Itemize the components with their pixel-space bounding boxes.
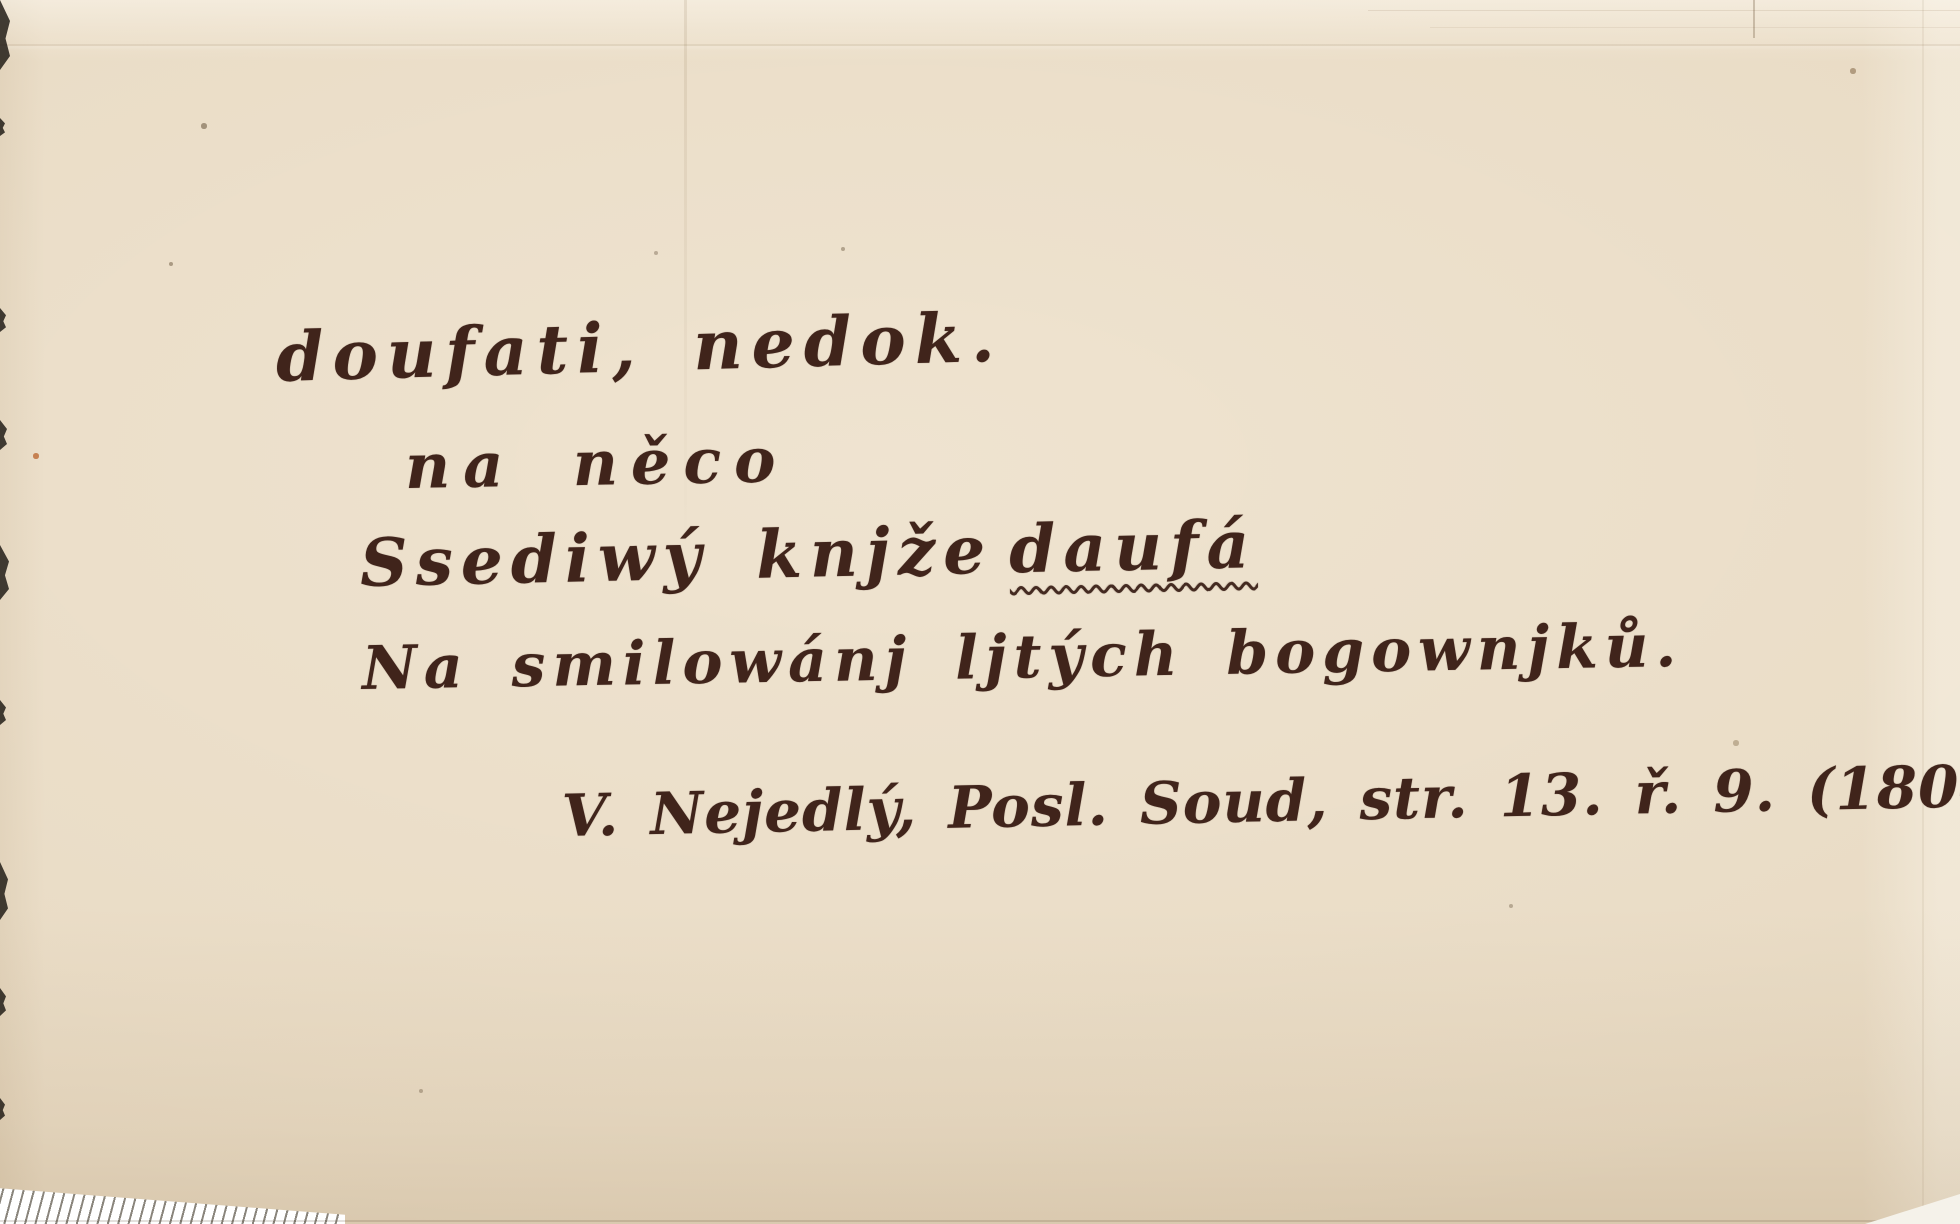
left-edge-tear [0, 420, 7, 450]
left-edge-tear [0, 0, 10, 70]
left-edge-tear [0, 308, 6, 332]
bottom-edge-shadow [0, 1220, 1960, 1222]
handwritten-citation-line: V. Nejedlý, Posl. Soud, str. 13. ř. 9. (… [561, 751, 1960, 850]
handwritten-line-1: doufati, nedok. [275, 298, 1005, 398]
left-edge-tear [0, 1098, 5, 1120]
left-edge-tear [0, 700, 6, 725]
bottom-left-scan-wedge [0, 1182, 345, 1224]
bottom-right-scan-wedge [1865, 1194, 1960, 1224]
handwritten-line-3-text: Ssediwý knjže [359, 511, 994, 602]
left-edge-tear [0, 118, 5, 136]
paper-specks [0, 0, 2, 2]
left-edge-tear [0, 988, 6, 1016]
left-edge-tear [0, 862, 8, 920]
top-right-fold-mark [1753, 0, 1755, 38]
top-right-crease-line [1368, 10, 1960, 11]
underlined-word: daufá [1008, 505, 1258, 588]
left-edge-tear [0, 545, 9, 600]
top-fold-crease [0, 44, 1960, 46]
top-right-crease-line-2 [1430, 27, 1960, 28]
handwritten-line-2: na něco [404, 423, 789, 503]
handwritten-line-3: Ssediwý knjžedaufá [359, 505, 1258, 602]
right-page-edge-crease [1922, 0, 1924, 1224]
handwritten-line-4: Na smilowánj ljtých bogownjků. [361, 611, 1683, 704]
manuscript-page: doufati, nedok. na něco Ssediwý knjžedau… [0, 0, 1960, 1224]
